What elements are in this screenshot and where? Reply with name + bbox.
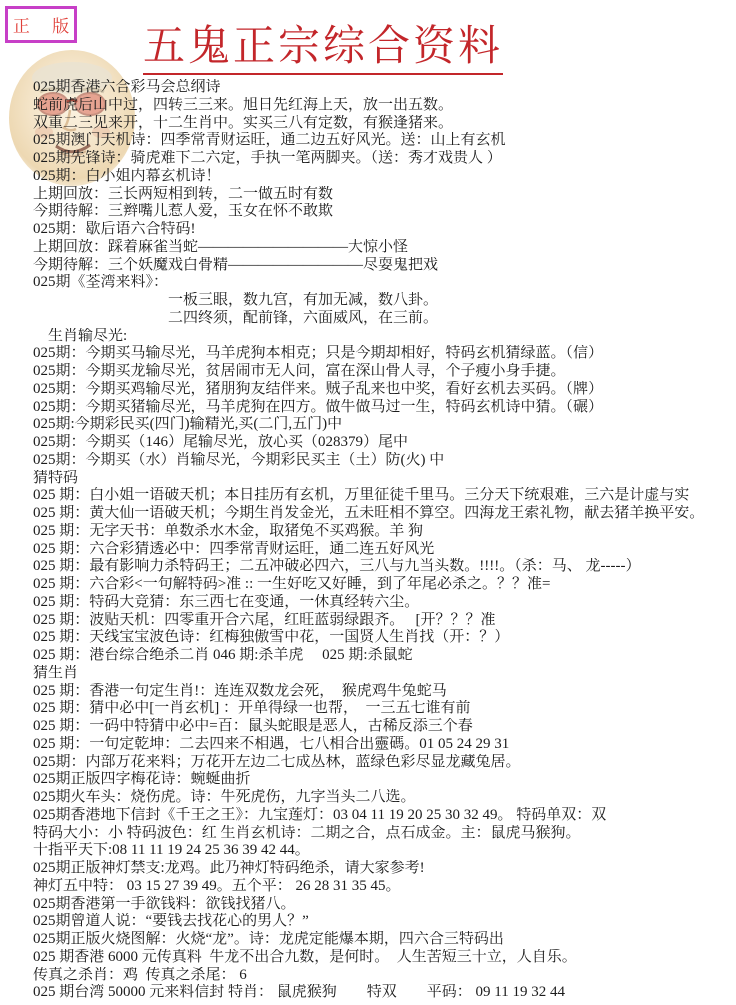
text-line: 十指平天下:08 11 11 19 24 25 36 39 42 44。 [33,842,736,860]
text-line: 025期火车头：烧伤虎。诗：牛死虎伤，九字当头二八选。 [33,789,736,807]
text-line: 025 期：六合彩猜透必中：四季常青财运旺，通二连五好风光 [33,541,736,559]
text-line: 神灯五中特： 03 15 27 39 49。五个平： 26 28 31 35 4… [33,878,736,896]
text-line: 二四终须，配前锋，六面威风，在三前。 [33,310,736,328]
authentic-badge: 正 版 [5,6,77,43]
text-line: 025期:今期彩民买(四门)输精光,买(二门,五门)中 [33,416,736,434]
text-line: 025 期：一码中特猜中必中=百：鼠头蛇眼是恶人，古稀反添三个春 [33,718,736,736]
text-line: 025期：今期买马输尽光，马羊虎狗本相克；只是今期却相好，特码玄机猜绿蓝。（信） [33,345,736,363]
text-line: 025 期：一句定乾坤：二去四来不相遇，七八相合出靈碼。01 05 24 29 … [33,736,736,754]
text-line: 025 期：最有影响力杀特码王；二五冲破必四六，三八与九当头数。!!!!。（杀：… [33,558,736,576]
text-line: 025期：今期买猪输尽光，马羊虎狗在四方。做牛做马过一生，特码玄机诗中猜。（碾） [33,399,736,417]
text-line: 025期正版火烧图解：火烧“龙”。诗：龙虎定能爆本期，四六合三特码出 [33,931,736,949]
text-line: 025期：今期买（146）尾输尽光，放心买（028379）尾中 [33,434,736,452]
text-line: 特码大小：小 特码波色：红 生肖玄机诗：二期之合，点石成金。主：鼠虎马猴狗。 [33,825,736,843]
content-area: 025期香港六合彩马会总纲诗蛇前虎后山中过，四转三三来。旭日先红海上天，放一出五… [0,79,736,1002]
page: 正 版 五鬼正宗综合资料 025期香港六合彩马会总纲诗蛇前虎后山中过，四转三三来… [0,0,736,1005]
text-line: 025期香港地下信封《千王之王》：九宝莲灯：03 04 11 19 20 25 … [33,807,736,825]
text-line: 025 期：六合彩<一句解特码>准 :: 一生好吃又好睡，到了年尾必杀之。？？准… [33,576,736,594]
text-line: 025 期：特码大竞猜：东三西七在变通，一休真经转六尘。 [33,594,736,612]
text-line: 025期正版四字梅花诗：蜿蜒曲折 [33,771,736,789]
text-line: 今期待解：三个妖魔戏白骨精—————————尽耍鬼把戏 [33,257,736,275]
text-line: 025期香港第一手欲钱料：欲钱找猪八。 [33,896,736,914]
text-line: 025 期：黄大仙一语破天机；今期生肖发金光，五未旺相不算空。四海龙王索礼物，献… [33,505,736,523]
text-line: 025 期：猜中必中[一肖玄机] ：开单得绿一也帮， 一三五七谁有前 [33,700,736,718]
text-line: 猜生肖 [33,665,736,683]
text-line: 025 期台湾 50000 元来料信封 特肖： 鼠虎猴狗 特双 平码： 09 1… [33,984,736,1002]
text-line: 一板三眼，数九宫，有加无减，数八卦。 [33,292,736,310]
text-line: 上期回放：踩着麻雀当蛇——————————大惊小怪 [33,239,736,257]
text-line: 025期：今期买鸡输尽光，猪朋狗友结伴来。贼子乱来也中奖，看好玄机去买码。（牌） [33,381,736,399]
text-line: 025期曾道人说：“要钱去找花心的男人？” [33,913,736,931]
text-line: 025期：歇后语六合特码! [33,221,736,239]
text-line: 025 期：港台综合绝杀二肖 046 期:杀羊虎 025 期:杀鼠蛇 [33,647,736,665]
text-line: 025期：今期买龙输尽光，贫居闹市无人问，富在深山骨人寻，个子瘦小身手捷。 [33,363,736,381]
text-line: 025期：今期买（水）肖输尽光，今期彩民买主（土）防(火) 中 [33,452,736,470]
text-line: 生肖输尽光: [33,328,736,346]
text-line: 025期《荃湾来料》： [33,274,736,292]
text-line: 025期：内部万花来料；万花开左边二七成丛林，蓝绿色彩尽显龙藏兔居。 [33,754,736,772]
text-line: 025期香港六合彩马会总纲诗 [33,79,736,97]
text-line: 025期：白小姐内幕玄机诗！ [33,168,736,186]
text-line: 025 期：无字天书：单数杀水木金，取猪兔不买鸡猴。羊 狗 [33,523,736,541]
text-line: 今期待解：三辫嘴儿惹人爱，玉女在怀不敢欺 [33,203,736,221]
text-line: 025期澳门天机诗：四季常青财运旺，通二边五好风光。送：山上有玄机 [33,132,736,150]
text-line: 025 期：天线宝宝波色诗：红梅独傲雪中花，一国贤人生肖找（开：？） [33,629,736,647]
text-line: 025期正版神灯禁支:龙鸡。此乃神灯特码绝杀，请大家参考! [33,860,736,878]
text-line: 蛇前虎后山中过，四转三三来。旭日先红海上天，放一出五数。 [33,97,736,115]
text-line: 025期先锋诗：骑虎难下二六定，手执一笔两脚夹。（送：秀才戏贵人 ） [33,150,736,168]
text-line: 025 期：波贴天机：四零重开合六尾，红旺蓝弱绿跟齐。 [开？？？准 [33,612,736,630]
page-title: 五鬼正宗综合资料 [143,24,503,75]
text-line: 猜特码 [33,470,736,488]
text-line: 上期回放：三长两短相到转，二一做五时有数 [33,186,736,204]
authentic-badge-label: 正 版 [4,12,78,37]
text-line: 双重二三见来开，十二生肖中。实买三八有定数，有猴逢猪来。 [33,115,736,133]
text-line: 025 期：香港一句定生肖!：连连双数龙会死， 猴虎鸡牛兔蛇马 [33,683,736,701]
text-line: 传真之杀肖：鸡 传真之杀尾： 6 [33,967,736,985]
text-line: 025 期：白小姐一语破天机；本日挂历有玄机，万里征徒千里马。三分天下统艰难，三… [33,487,736,505]
text-line: 025 期香港 6000 元传真料 牛龙不出合九数，是何时。 人生苦短三十立，人… [33,949,736,967]
